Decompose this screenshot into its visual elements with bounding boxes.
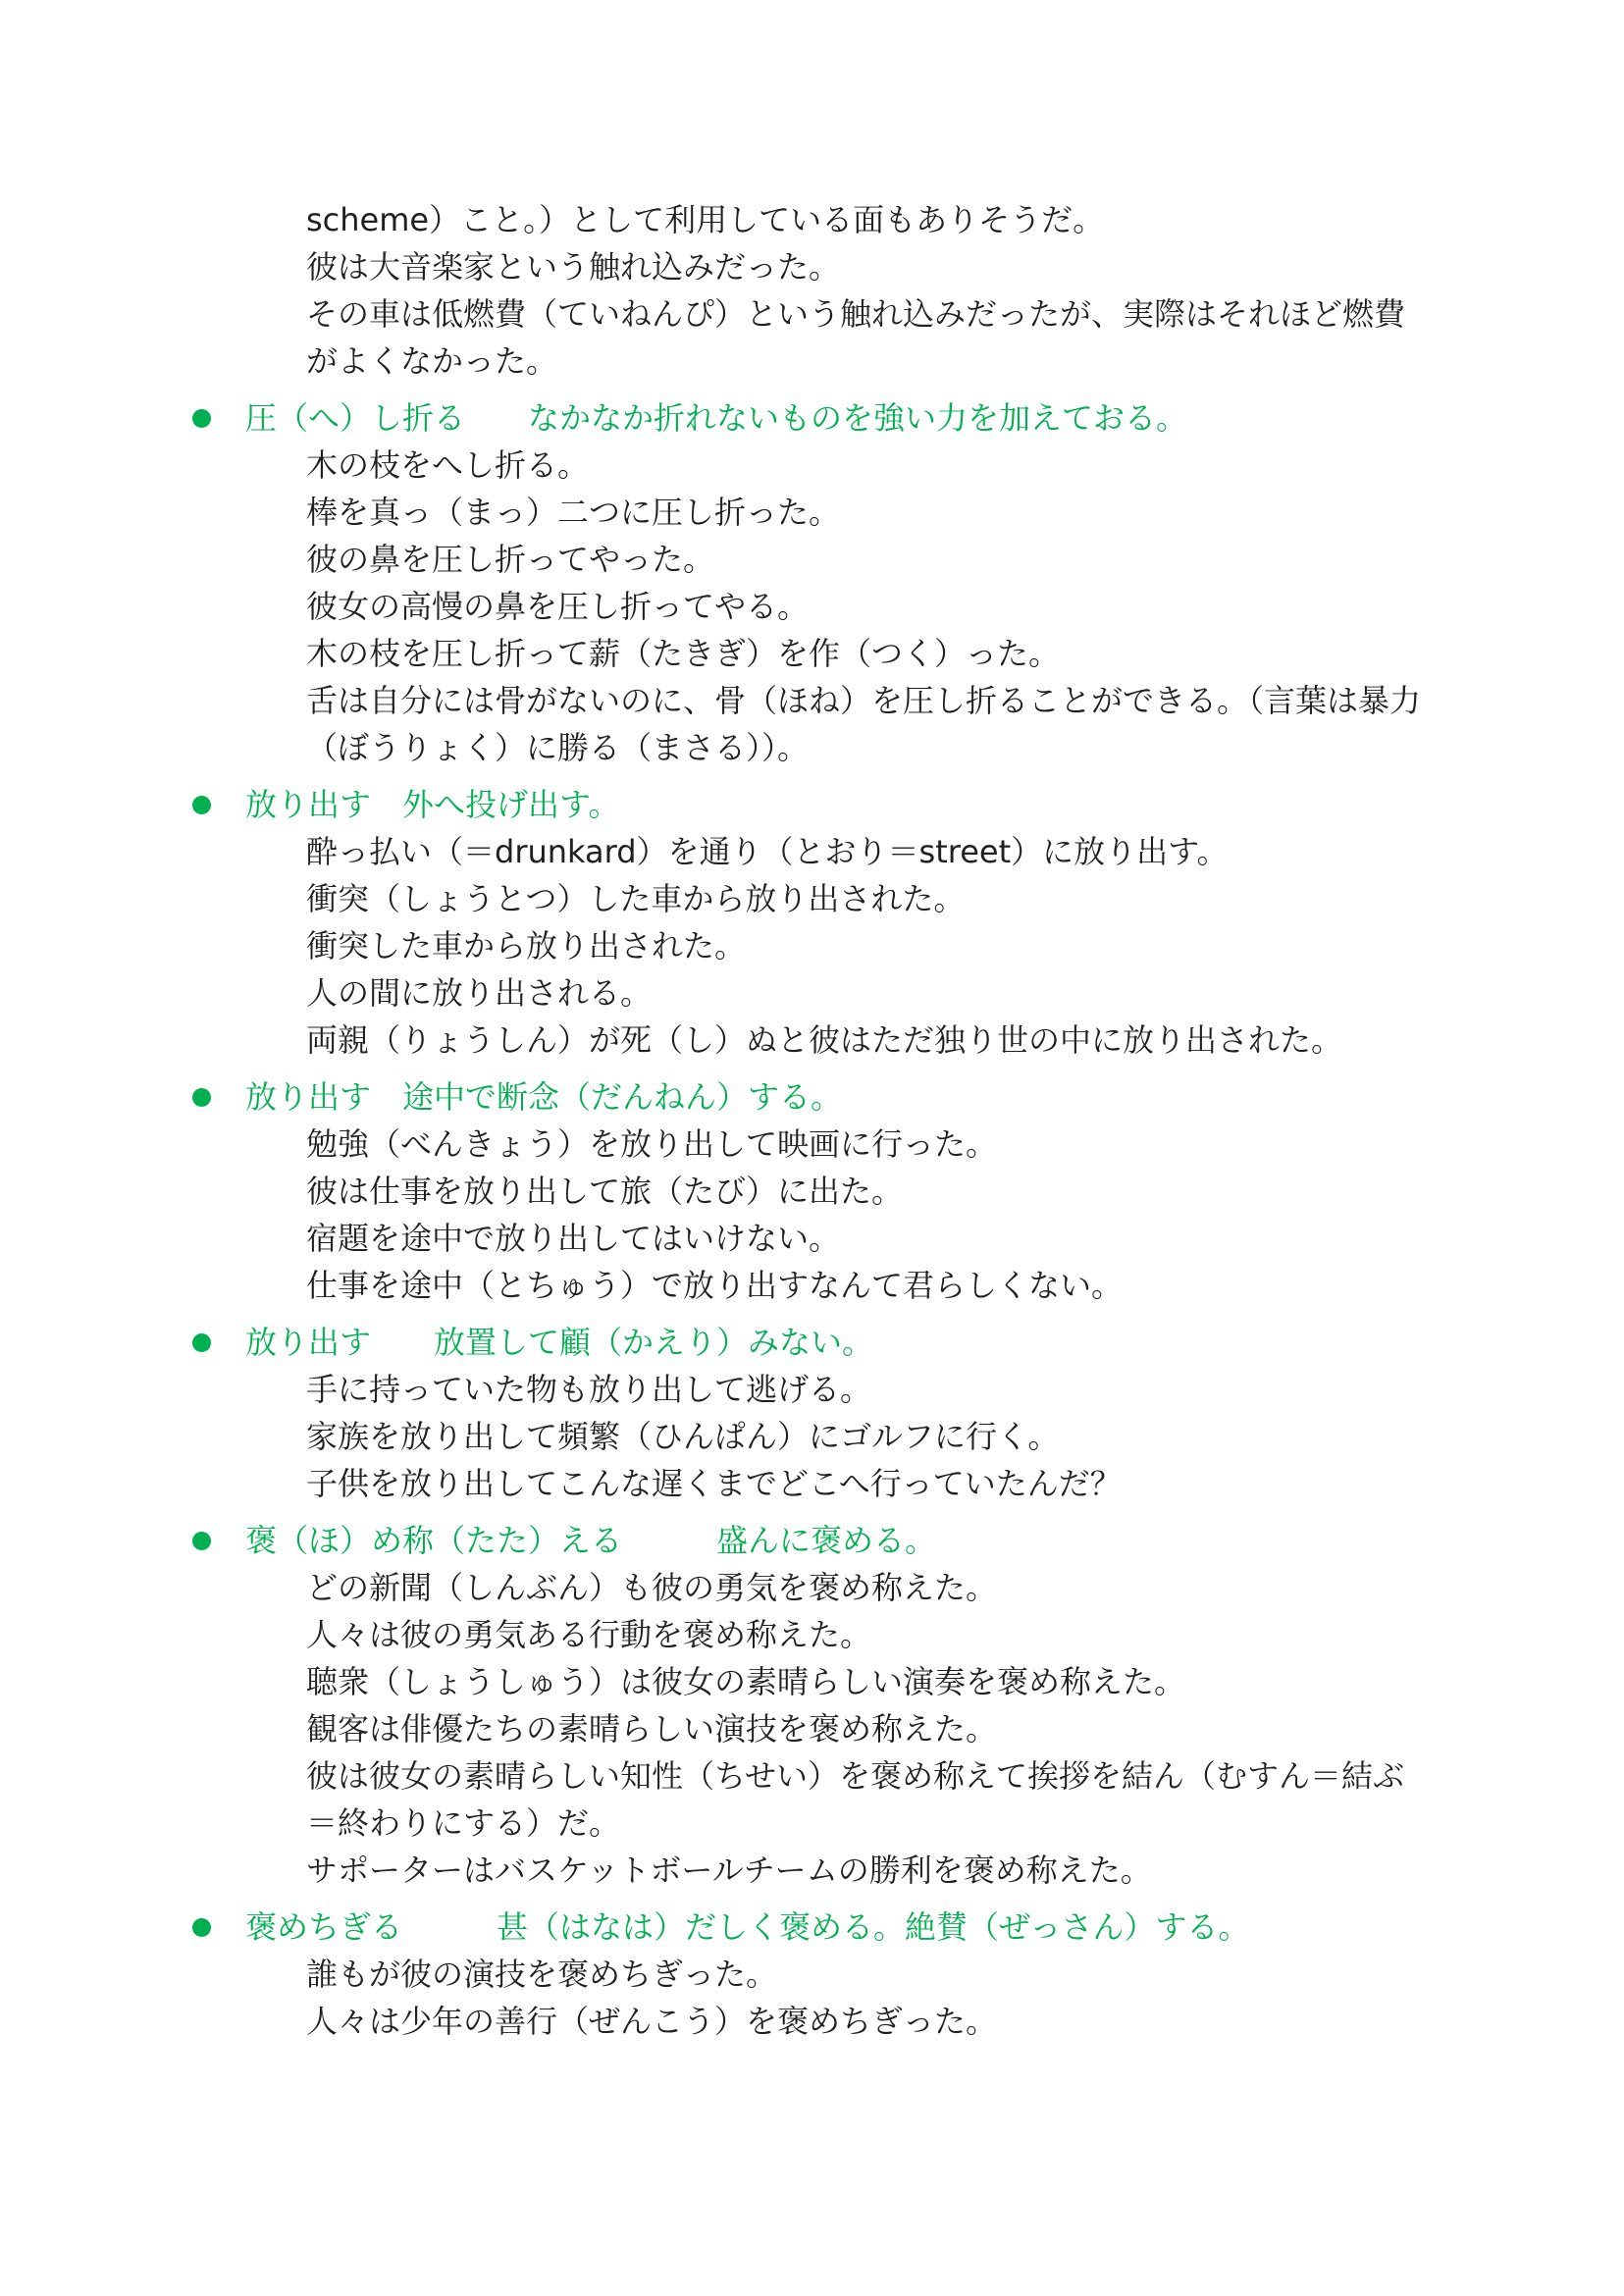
example-sentence: （ぼうりょく）に勝る（まさる））。 [0,724,1624,771]
example-sentence: 彼は大音楽家という触れ込みだった。 [0,243,1624,290]
vocab-heading-text: 放り出す 途中で断念（だんねん）する。 [245,1073,842,1121]
example-sentence: どの新聞（しんぶん）も彼の勇気を褒め称えた。 [0,1564,1624,1611]
example-sentence: 酔っ払い（＝drunkard）を通り（とおり＝street）に放り出す。 [0,828,1624,875]
example-sentence: がよくなかった。 [0,338,1624,385]
vocab-section: 放り出す 外へ投げ出す。酔っ払い（＝drunkard）を通り（とおり＝stree… [0,781,1624,1064]
example-sentence: 観客は俳優たちの素晴らしい演技を褒め称えた。 [0,1705,1624,1752]
example-sentence: 誰もが彼の演技を褒めちぎった。 [0,1951,1624,1998]
example-sentence: scheme）こと。）として利用している面もありそうだ。 [0,196,1624,243]
example-sentence: 彼は仕事を放り出して旅（たび）に出た。 [0,1168,1624,1215]
vocab-heading-text: 放り出す 放置して顧（かえり）みない。 [245,1319,873,1366]
example-sentence: 人の間に放り出される。 [0,969,1624,1017]
example-sentence: サポーターはバスケットボールチームの勝利を褒め称えた。 [0,1847,1624,1894]
vocab-section: 褒（ほ）め称（たた）える 盛んに褒める。どの新聞（しんぶん）も彼の勇気を褒め称え… [0,1517,1624,1894]
vocab-heading-line: 放り出す 外へ投げ出す。 [0,781,1624,828]
example-sentence: 舌は自分には骨がないのに、骨（ほね）を圧し折ることができる。（言葉は暴力 [0,677,1624,724]
vocab-heading-text: 放り出す 外へ投げ出す。 [245,781,619,828]
example-sentence: 家族を放り出して頻繁（ひんぱん）にゴルフに行く。 [0,1413,1624,1460]
vocab-section: scheme）こと。）として利用している面もありそうだ。彼は大音楽家という触れ込… [0,196,1624,385]
vocab-heading-text: 圧（へ）し折る なかなか折れないものを強い力を加えておる。 [245,394,1187,442]
example-sentence: 棒を真っ（まっ）二つに圧し折った。 [0,489,1624,536]
vocab-section: 放り出す 途中で断念（だんねん）する。勉強（べんきょう）を放り出して映画に行った… [0,1073,1624,1309]
example-sentence: 人々は彼の勇気ある行動を褒め称えた。 [0,1611,1624,1658]
example-sentence: 彼女の高慢の鼻を圧し折ってやる。 [0,583,1624,630]
bullet-icon [192,796,211,814]
vocab-heading-text: 褒（ほ）め称（たた）える 盛んに褒める。 [245,1517,936,1564]
bullet-icon [192,1532,211,1550]
vocab-heading-text: 褒めちぎる 甚（はなは）だしく褒める。絶賛（ぜっさん）する。 [245,1904,1249,1951]
example-sentence: 木の枝をへし折る。 [0,442,1624,489]
example-sentence: 木の枝を圧し折って薪（たきぎ）を作（つく）った。 [0,630,1624,677]
bullet-icon [192,1088,211,1107]
bullet-icon [192,409,211,428]
example-sentence: 子供を放り出してこんな遅くまでどこへ行っていたんだ？ [0,1460,1624,1507]
vocab-heading-line: 褒（ほ）め称（たた）える 盛んに褒める。 [0,1517,1624,1564]
bullet-icon [192,1333,211,1352]
example-sentence: その車は低燃費（ていねんぴ）という触れ込みだったが、実際はそれほど燃費 [0,290,1624,338]
example-sentence: 人々は少年の善行（ぜんこう）を褒めちぎった。 [0,1998,1624,2045]
example-sentence: 手に持っていた物も放り出して逃げる。 [0,1366,1624,1413]
example-sentence: 衝突した車から放り出された。 [0,922,1624,969]
vocab-section: 圧（へ）し折る なかなか折れないものを強い力を加えておる。木の枝をへし折る。棒を… [0,394,1624,771]
example-sentence: 仕事を途中（とちゅう）で放り出すなんて君らしくない。 [0,1262,1624,1309]
document-content: scheme）こと。）として利用している面もありそうだ。彼は大音楽家という触れ込… [0,196,1624,2045]
example-sentence: 衝突（しょうとつ）した車から放り出された。 [0,875,1624,922]
example-sentence: ＝終わりにする）だ。 [0,1800,1624,1847]
example-sentence: 両親（りょうしん）が死（し）ぬと彼はただ独り世の中に放り出された。 [0,1017,1624,1064]
bullet-icon [192,1918,211,1937]
vocab-heading-line: 放り出す 放置して顧（かえり）みない。 [0,1319,1624,1366]
example-sentence: 勉強（べんきょう）を放り出して映画に行った。 [0,1121,1624,1168]
document-page: scheme）こと。）として利用している面もありそうだ。彼は大音楽家という触れ込… [0,0,1624,2296]
vocab-section: 放り出す 放置して顧（かえり）みない。手に持っていた物も放り出して逃げる。家族を… [0,1319,1624,1507]
example-sentence: 宿題を途中で放り出してはいけない。 [0,1215,1624,1262]
vocab-heading-line: 圧（へ）し折る なかなか折れないものを強い力を加えておる。 [0,394,1624,442]
example-sentence: 彼の鼻を圧し折ってやった。 [0,536,1624,583]
vocab-heading-line: 放り出す 途中で断念（だんねん）する。 [0,1073,1624,1121]
example-sentence: 聴衆（しょうしゅう）は彼女の素晴らしい演奏を褒め称えた。 [0,1658,1624,1705]
vocab-heading-line: 褒めちぎる 甚（はなは）だしく褒める。絶賛（ぜっさん）する。 [0,1904,1624,1951]
example-sentence: 彼は彼女の素晴らしい知性（ちせい）を褒め称えて挨拶を結ん（むすん＝結ぶ [0,1752,1624,1800]
vocab-section: 褒めちぎる 甚（はなは）だしく褒める。絶賛（ぜっさん）する。誰もが彼の演技を褒め… [0,1904,1624,2045]
